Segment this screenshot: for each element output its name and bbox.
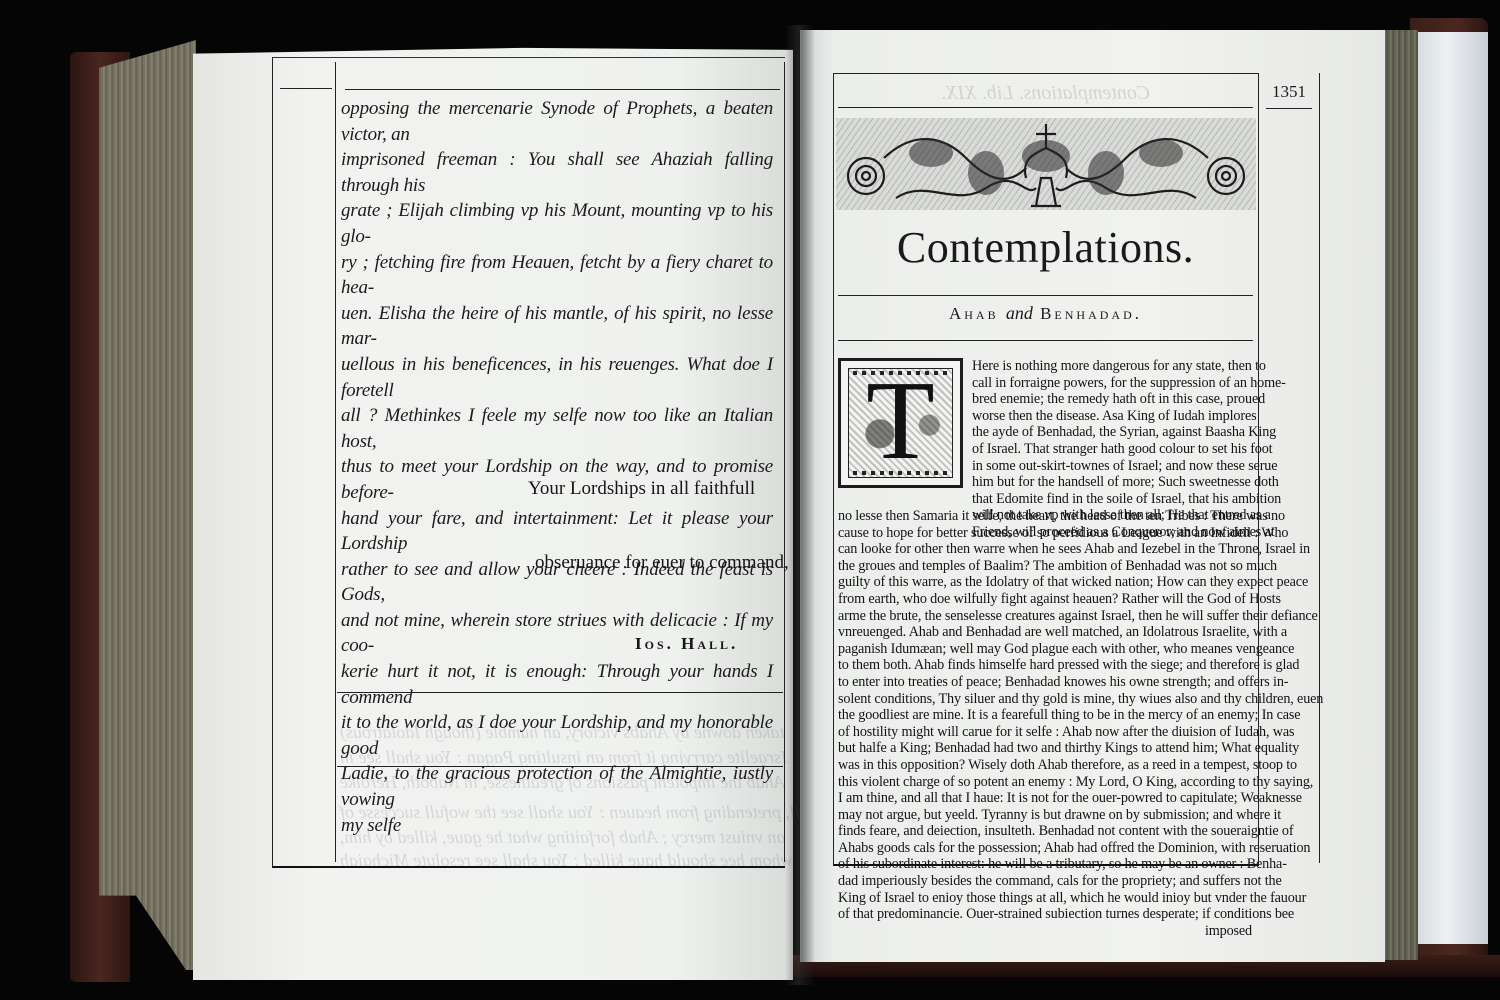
text-line: vnreuenged. Ahab and Benhadad are well m…	[838, 624, 1252, 641]
page-number: 1351	[1272, 82, 1306, 102]
text-line: Here is nothing more dangerous for any s…	[972, 358, 1252, 375]
head-rule	[838, 107, 1253, 108]
page-number-rule	[1266, 108, 1312, 109]
endpaper-right	[1418, 32, 1488, 944]
text-line: it to the world, as I doe your Lordship,…	[341, 710, 773, 761]
text-line: to them both. Ahab finds himselfe hard p…	[838, 657, 1252, 674]
text-line: hand your fare, and intertainment: Let i…	[341, 506, 773, 557]
text-line: all ? Methinkes I feele my selfe now too…	[341, 403, 773, 454]
text-line: King of Israel to enioy those things at …	[838, 890, 1252, 907]
catchword: imposed	[838, 923, 1252, 940]
text-line: dad imperiously besides the command, cal…	[838, 873, 1252, 890]
text-line: finds feare, and deiection, insulteth. B…	[838, 823, 1252, 840]
drop-cap: T	[838, 358, 963, 488]
text-line: Ahabs goods cals for the possession; Aha…	[838, 840, 1252, 857]
text-line: opposing the mercenarie Synode of Prophe…	[341, 96, 773, 147]
text-line: arme the brute, the senselesse creatures…	[838, 608, 1252, 625]
closing-line: Your Lordships in all faithfull	[528, 478, 755, 500]
page-edges-left	[96, 40, 196, 970]
text-line: to enter into treaties of peace; Benhada…	[838, 674, 1252, 691]
text-line: may not argue, but yeeld. Tyranny is but…	[838, 807, 1252, 824]
chapter-heading: Ahab and Benhadad.	[838, 303, 1253, 324]
text-line: guilty of this warre, as the Idolatry of…	[838, 574, 1252, 591]
signature: Ios. Hall.	[635, 634, 738, 654]
title-rule	[838, 295, 1253, 296]
text-line: in some out-skirt-townes of Israel; and …	[972, 458, 1252, 475]
page-title: Contemplations.	[838, 222, 1253, 273]
text-line: that Edomite find in the soile of Israel…	[972, 491, 1252, 508]
heading-name-1: Ahab	[949, 304, 999, 323]
heading-rule	[838, 340, 1253, 341]
text-line: grate ; Elijah climbing vp his Mount, mo…	[341, 198, 773, 249]
text-line: solent conditions, Thy siluer and thy go…	[838, 691, 1252, 708]
text-line: uen. Elisha the heire of his mantle, of …	[341, 301, 773, 352]
text-line: this violent charge of so potent an enem…	[838, 774, 1252, 791]
text-line: the groues and temples of Baalim? The am…	[838, 558, 1252, 575]
heading-conjunction: and	[1006, 303, 1033, 323]
text-line: no lesse then Samaria it selfe, the hear…	[838, 508, 1252, 525]
text-line: him but for the handsell of more; Such s…	[972, 474, 1252, 491]
text-line: my selfe	[341, 813, 773, 839]
closing-line: obseruance for euer to command,	[535, 552, 789, 574]
text-line: but halfe a King; Benhadad had two and t…	[838, 740, 1252, 757]
margin-rule	[280, 88, 332, 89]
text-line: bred enemie; the remedy hath oft in this…	[972, 391, 1252, 408]
text-line: paganish Idumæan; well may God plague ea…	[838, 641, 1252, 658]
text-line: was in this opposition? Wisely doth Ahab…	[838, 757, 1252, 774]
text-line: kerie hurt it not, it is enough: Through…	[341, 659, 773, 710]
drop-cap-letter: T	[841, 365, 960, 477]
text-line: Ladie, to the gracious protection of the…	[341, 761, 773, 812]
text-line: of hostility might will carue for it sel…	[838, 724, 1252, 741]
headpiece-ornament-icon	[836, 118, 1256, 210]
body-text: no lesse then Samaria it selfe, the hear…	[838, 508, 1252, 939]
text-line: imprisoned freeman : You shall see Ahazi…	[341, 147, 773, 198]
dedication-body: opposing the mercenarie Synode of Prophe…	[341, 96, 773, 838]
text-line: cause to hope for better successe of so …	[838, 525, 1252, 542]
text-line: the goodliest are mine. It is a feareful…	[838, 707, 1252, 724]
head-rule	[345, 89, 780, 90]
text-line: the ayde of Benhadad, the Syrian, agains…	[972, 424, 1252, 441]
text-line: worse then the disease. Asa King of Iuda…	[972, 408, 1252, 425]
text-line: of Israel. That stranger hath good colou…	[972, 441, 1252, 458]
text-line: from earth, who doe wilfully fight again…	[838, 591, 1252, 608]
text-line: of his subordinate interest: he will be …	[838, 856, 1252, 873]
text-line: call in forraigne powers, for the suppre…	[972, 375, 1252, 392]
text-line: of that predominancie. Ouer-strained sub…	[838, 906, 1252, 923]
text-line: ry ; fetching fire from Heauen, fetcht b…	[341, 250, 773, 301]
page-edges-right	[1383, 30, 1418, 960]
text-line: I am thine, and all that I haue: It is n…	[838, 790, 1252, 807]
book-gutter	[785, 25, 815, 985]
heading-name-2: Benhadad.	[1040, 304, 1142, 323]
text-line: uellous in his beneficences, in his reue…	[341, 352, 773, 403]
text-line: can looke for other then warre when he s…	[838, 541, 1252, 558]
